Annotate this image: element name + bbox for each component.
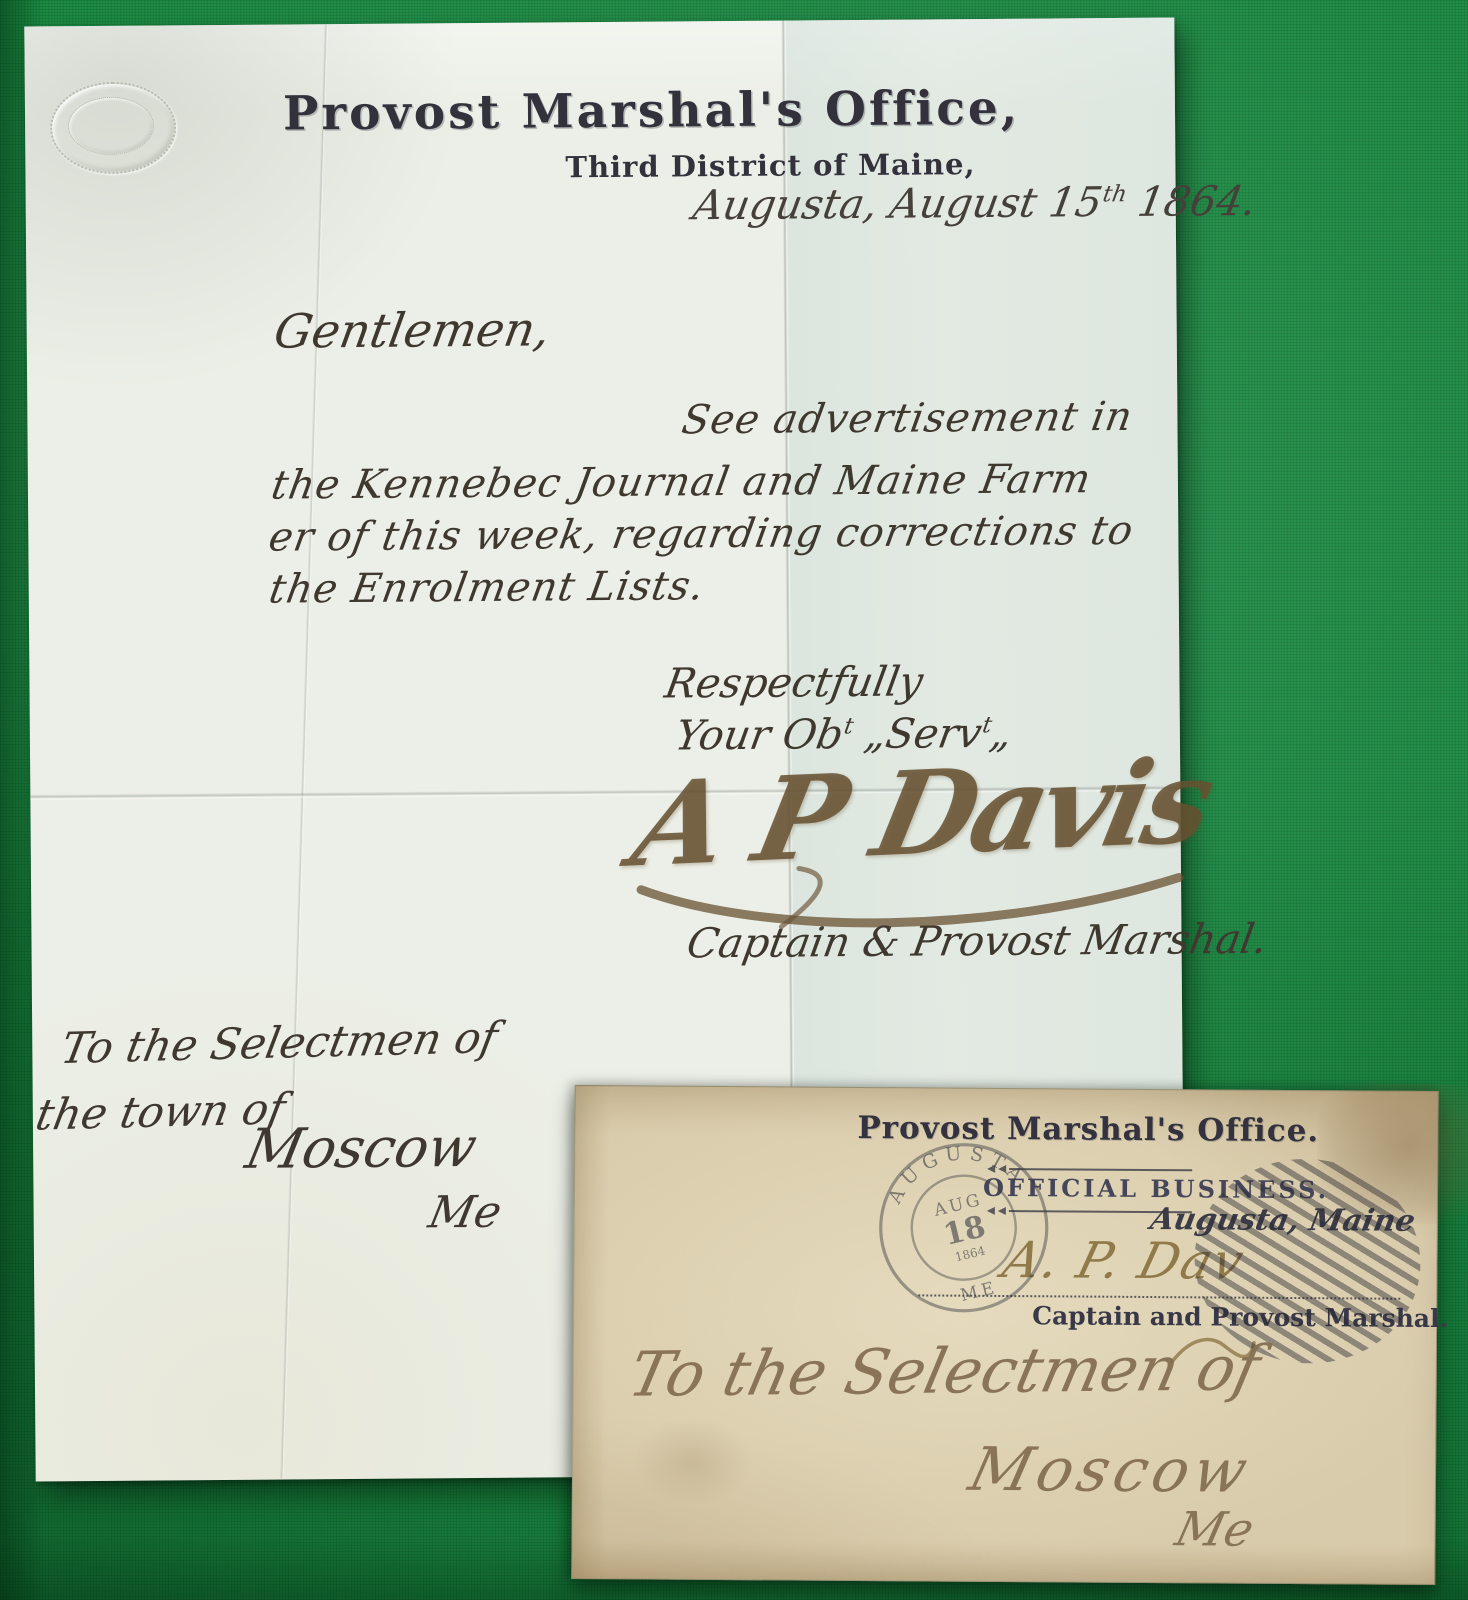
envelope-faint-stain [633, 1416, 754, 1507]
letter-body-line-1: See advertisement in [679, 394, 1137, 444]
letter-dateline: Augusta, August 15th 1864. [690, 177, 1260, 229]
envelope-address-line-1: To the Selectmen of [622, 1331, 1266, 1410]
envelope-header: Provost Marshal's Office. [857, 1110, 1257, 1149]
letterhead-office-line: Provost Marshal's Office, [283, 82, 893, 142]
letter-date-main: Augusta, August 15 [690, 178, 1106, 229]
embossed-seal-inner-oval [68, 97, 154, 156]
envelope-address-state: Me [1170, 1502, 1259, 1557]
letter-body-line-2: the Kennebec Journal and Maine Farm [268, 456, 1095, 508]
letter-signature-title: Captain & Provost Marshal. [683, 915, 1270, 968]
letter-body-line-4: the Enrolment Lists. [266, 563, 708, 612]
letter-date-year: 1864. [1121, 177, 1260, 226]
envelope-address-town: Moscow [963, 1435, 1259, 1507]
photo-of-documents: Provost Marshal's Office, Third District… [0, 0, 1468, 1600]
letter-salutation: Gentlemen, [270, 302, 554, 359]
envelope: Provost Marshal's Office. OFFICIAL BUSIN… [571, 1085, 1438, 1585]
letter-addressee-state: Me [424, 1187, 506, 1239]
postmark-state: ME [959, 1278, 1000, 1306]
letter-addressee-town: Moscow [241, 1115, 483, 1181]
letter-left-fold [280, 24, 328, 1478]
letter-addressee-line-1: To the Selectmen of [57, 1013, 502, 1074]
letter-body-line-3: er of this week, regarding corrections t… [265, 508, 1137, 561]
letter-closing-respectfully: Respectfully [661, 657, 926, 707]
embossed-stationer-seal [50, 81, 177, 174]
